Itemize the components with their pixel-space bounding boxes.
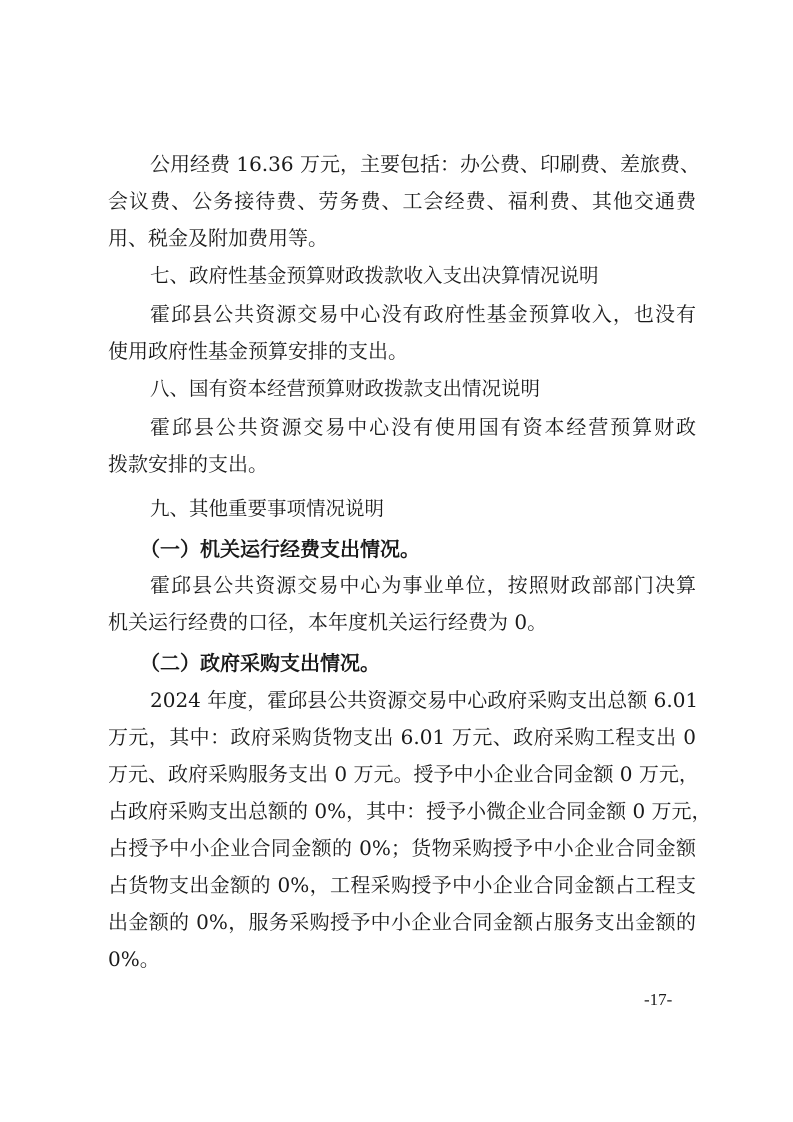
paragraph-line: 万元、政府采购服务支出 0 万元。授予中小企业合同金额 0 万元， bbox=[108, 756, 696, 792]
paragraph-line: 公用经费 16.36 万元，主要包括：办公费、印刷费、差旅费、 bbox=[150, 146, 696, 182]
subsection-heading-2: （二）政府采购支出情况。 bbox=[140, 645, 728, 681]
paragraph-line: 霍邱县公共资源交易中心没有使用国有资本经营预算财政 bbox=[150, 409, 696, 445]
paragraph-line: 霍邱县公共资源交易中心没有政府性基金预算收入，也没有 bbox=[150, 296, 696, 332]
section-heading-9: 九、其他重要事项情况说明 bbox=[150, 491, 696, 527]
paragraph-line: 拨款安排的支出。 bbox=[108, 446, 696, 482]
paragraph-line: 会议费、公务接待费、劳务费、工会经费、福利费、其他交通费 bbox=[108, 183, 696, 219]
paragraph-line: 占授予中小企业合同金额的 0%；货物采购授予中小企业合同金额 bbox=[108, 830, 696, 866]
subsection-heading-1: （一）机关运行经费支出情况。 bbox=[140, 531, 728, 567]
paragraph-line: 霍邱县公共资源交易中心为事业单位，按照财政部部门决算 bbox=[150, 567, 696, 603]
section-heading-7: 七、政府性基金预算财政拨款收入支出决算情况说明 bbox=[150, 258, 696, 294]
section-heading-8: 八、国有资本经营预算财政拨款支出情况说明 bbox=[150, 371, 696, 407]
page-number: -17- bbox=[644, 990, 672, 1010]
paragraph-line: 用、税金及附加费用等。 bbox=[108, 220, 696, 256]
paragraph-line: 占政府采购支出总额的 0%，其中：授予小微企业合同金额 0 万元， bbox=[108, 793, 696, 829]
paragraph-line: 万元，其中：政府采购货物支出 6.01 万元、政府采购工程支出 0 bbox=[108, 719, 696, 755]
paragraph-line: 使用政府性基金预算安排的支出。 bbox=[108, 333, 696, 369]
paragraph-line: 出金额的 0%，服务采购授予中小企业合同金额占服务支出金额的 bbox=[108, 904, 696, 940]
paragraph-line: 机关运行经费的口径，本年度机关运行经费为 0。 bbox=[108, 604, 696, 640]
paragraph-line: 0%。 bbox=[108, 941, 696, 977]
document-page: 公用经费 16.36 万元，主要包括：办公费、印刷费、差旅费、 会议费、公务接待… bbox=[0, 0, 793, 1122]
paragraph-line: 占货物支出金额的 0%，工程采购授予中小企业合同金额占工程支 bbox=[108, 867, 696, 903]
paragraph-line: 2024 年度，霍邱县公共资源交易中心政府采购支出总额 6.01 bbox=[150, 682, 696, 718]
